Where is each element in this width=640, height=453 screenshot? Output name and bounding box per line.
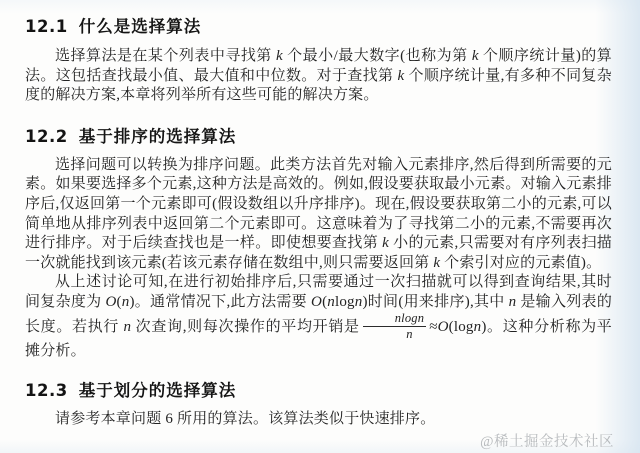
heading-title: 基于排序的选择算法 [79, 123, 237, 147]
section-12-3: 12.3 基于划分的选择算法 请参考本章问题 6 所用的算法。该算法类似于快速排… [25, 377, 612, 430]
math-variable: O [311, 294, 322, 310]
heading-title: 基于划分的选择算法 [79, 377, 237, 401]
text-run: log [335, 294, 355, 310]
section-heading-12-3: 12.3 基于划分的选择算法 [25, 377, 612, 401]
section-heading-12-1: 12.1 什么是选择算法 [25, 13, 612, 37]
paragraph: 选择问题可以转换为排序问题。此类方法首先对输入元素排序,然后得到所需要的元素。如… [25, 156, 612, 274]
paragraph: 请参考本章问题 6 所用的算法。该算法类似于快速排序。 [25, 410, 612, 430]
text-run: 个最小/最大数字(也称为第 [283, 48, 472, 64]
heading-title: 什么是选择算法 [79, 13, 202, 37]
math-variable: k [276, 48, 283, 64]
paragraph: 从上述讨论可知,在进行初始排序后,只需要通过一次扫描就可以得到查询结果,其时间复… [25, 273, 612, 361]
paragraph: 选择算法是在某个列表中寻找第 k 个最小/最大数字(也称为第 k 个顺序统计量)… [25, 47, 612, 106]
section-12-1: 12.1 什么是选择算法 选择算法是在某个列表中寻找第 k 个最小/最大数字(也… [25, 13, 612, 106]
math-variable: k [382, 235, 389, 251]
text-run: ≈ [429, 319, 437, 335]
section-heading-12-2: 12.2 基于排序的选择算法 [25, 123, 612, 147]
math-variable: O [106, 294, 117, 310]
text-run: (log [449, 319, 474, 335]
text-run: 选择算法是在某个列表中寻找第 [55, 48, 276, 64]
text-run: 请参考本章问题 6 所用的算法。该算法类似于快速排序。 [55, 411, 435, 427]
heading-number: 12.2 [25, 127, 68, 146]
math-fraction: nlognn [363, 312, 426, 341]
text-run: )。通常情况下,此方法需要 [129, 294, 311, 310]
heading-number: 12.3 [25, 381, 68, 400]
watermark: @稀土掘金技术社区 [480, 430, 614, 451]
document-page: 12.1 什么是选择算法 选择算法是在某个列表中寻找第 k 个最小/最大数字(也… [0, 0, 640, 430]
math-variable: n [327, 294, 335, 310]
text-run: )时间(用来排序),其中 [362, 294, 508, 310]
math-variable: k [472, 48, 479, 64]
text-run: 次查询,则每次操作的平均开销是 [131, 319, 359, 335]
heading-number: 12.1 [25, 17, 68, 36]
text-run: 个索引对应的元素值)。 [440, 255, 601, 271]
section-12-2: 12.2 基于排序的选择算法 选择问题可以转换为排序问题。此类方法首先对输入元素… [25, 123, 612, 362]
math-variable: O [438, 319, 449, 335]
